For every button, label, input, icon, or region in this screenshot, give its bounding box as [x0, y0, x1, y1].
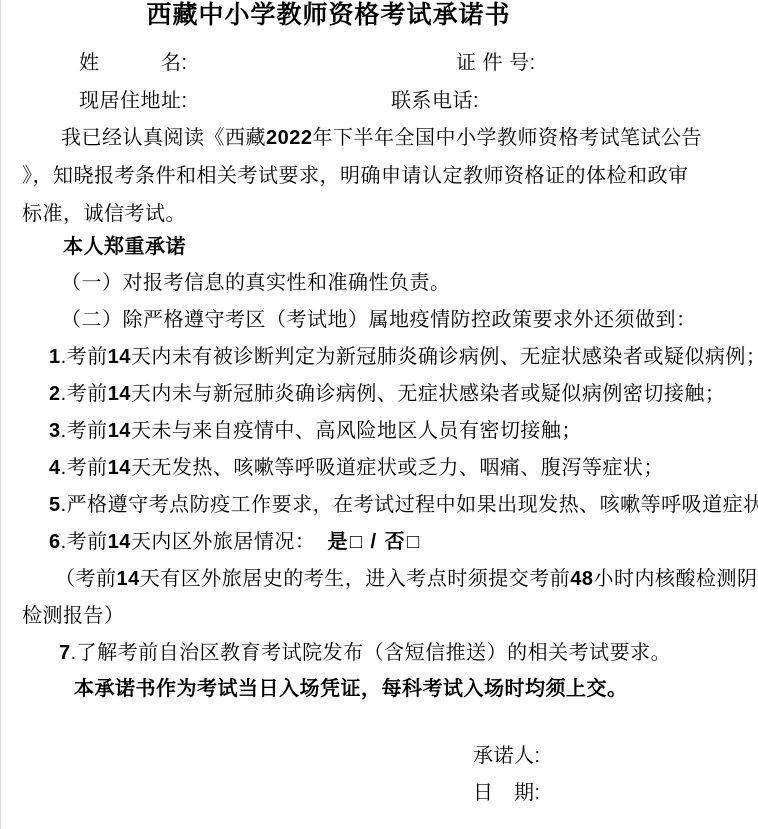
address-field-label: 现居住地址: [79, 89, 188, 114]
pledge-heading: 本人郑重承诺 [63, 235, 186, 260]
clause-2: （二）除严格遵守考区（考试地）属地疫情防控政策要求外还须做到： [61, 308, 697, 333]
item-1: 1.考前14天内未有被诊断判定为新冠肺炎确诊病例、无症状感染者或疑似病例； [49, 345, 758, 370]
id-field-label: 证 件 号: [456, 51, 536, 76]
date-label: 日 期: [473, 781, 541, 806]
travel-note-line-1: （考前14天有区外旅居史的考生，进入考点时须提交考前48小时内核酸检测阴性 [55, 567, 758, 592]
item-2: 2.考前14天内未与新冠肺炎确诊病例、无症状感染者或疑似病例密切接触； [49, 382, 725, 407]
intro-line-1: 我已经认真阅读《西藏2022年下半年全国中小学教师资格考试笔试公告 [61, 126, 702, 151]
intro-line-3: 标准，诚信考试。 [22, 202, 186, 227]
item-6: 6.考前14天内区外旅居情况：是□/否□ [49, 530, 420, 555]
travel-note-line-2: 检测报告） [22, 604, 125, 629]
travel-choice-group: 是□/否□ [327, 531, 419, 553]
clause-1: （一）对报考信息的真实性和准确性负责。 [61, 271, 451, 296]
no-label: 否 [385, 531, 406, 553]
intro-line-2: 》，知晓报考条件和相关考试要求，明确申请认定教师资格证的体检和政审 [22, 164, 689, 189]
no-checkbox[interactable]: □ [407, 531, 420, 553]
item-4: 4.考前14天无发热、咳嗽等呼吸道症状或乏力、咽痛、腹泻等症状； [49, 456, 664, 481]
commitment-letter-page: 西藏中小学教师资格考试承诺书 姓 名: 证 件 号: 现居住地址: 联系电话: … [0, 0, 758, 829]
item-3: 3.考前14天未与来自疫情中、高风险地区人员有密切接触； [49, 419, 582, 444]
document-title: 西藏中小学教师资格考试承诺书 [1, 0, 656, 31]
signer-label: 承诺人: [473, 744, 541, 769]
name-field-label: 姓 名: [79, 51, 188, 76]
yes-label: 是 [327, 531, 348, 553]
phone-field-label: 联系电话: [391, 89, 479, 114]
yes-checkbox[interactable]: □ [350, 531, 363, 553]
item-7: 7.了解考前自治区教育考试院发布（含短信推送）的相关考试要求。 [59, 641, 671, 666]
item-5: 5.严格遵守考点防疫工作要求，在考试过程中如果出现发热、咳嗽等呼吸道症状， [49, 493, 758, 518]
slash-separator: / [371, 531, 377, 553]
final-statement: 本承诺书作为考试当日入场凭证，每科考试入场时均须上交。 [74, 677, 628, 702]
item-6-text: 6.考前14天内区外旅居情况： [49, 531, 315, 553]
